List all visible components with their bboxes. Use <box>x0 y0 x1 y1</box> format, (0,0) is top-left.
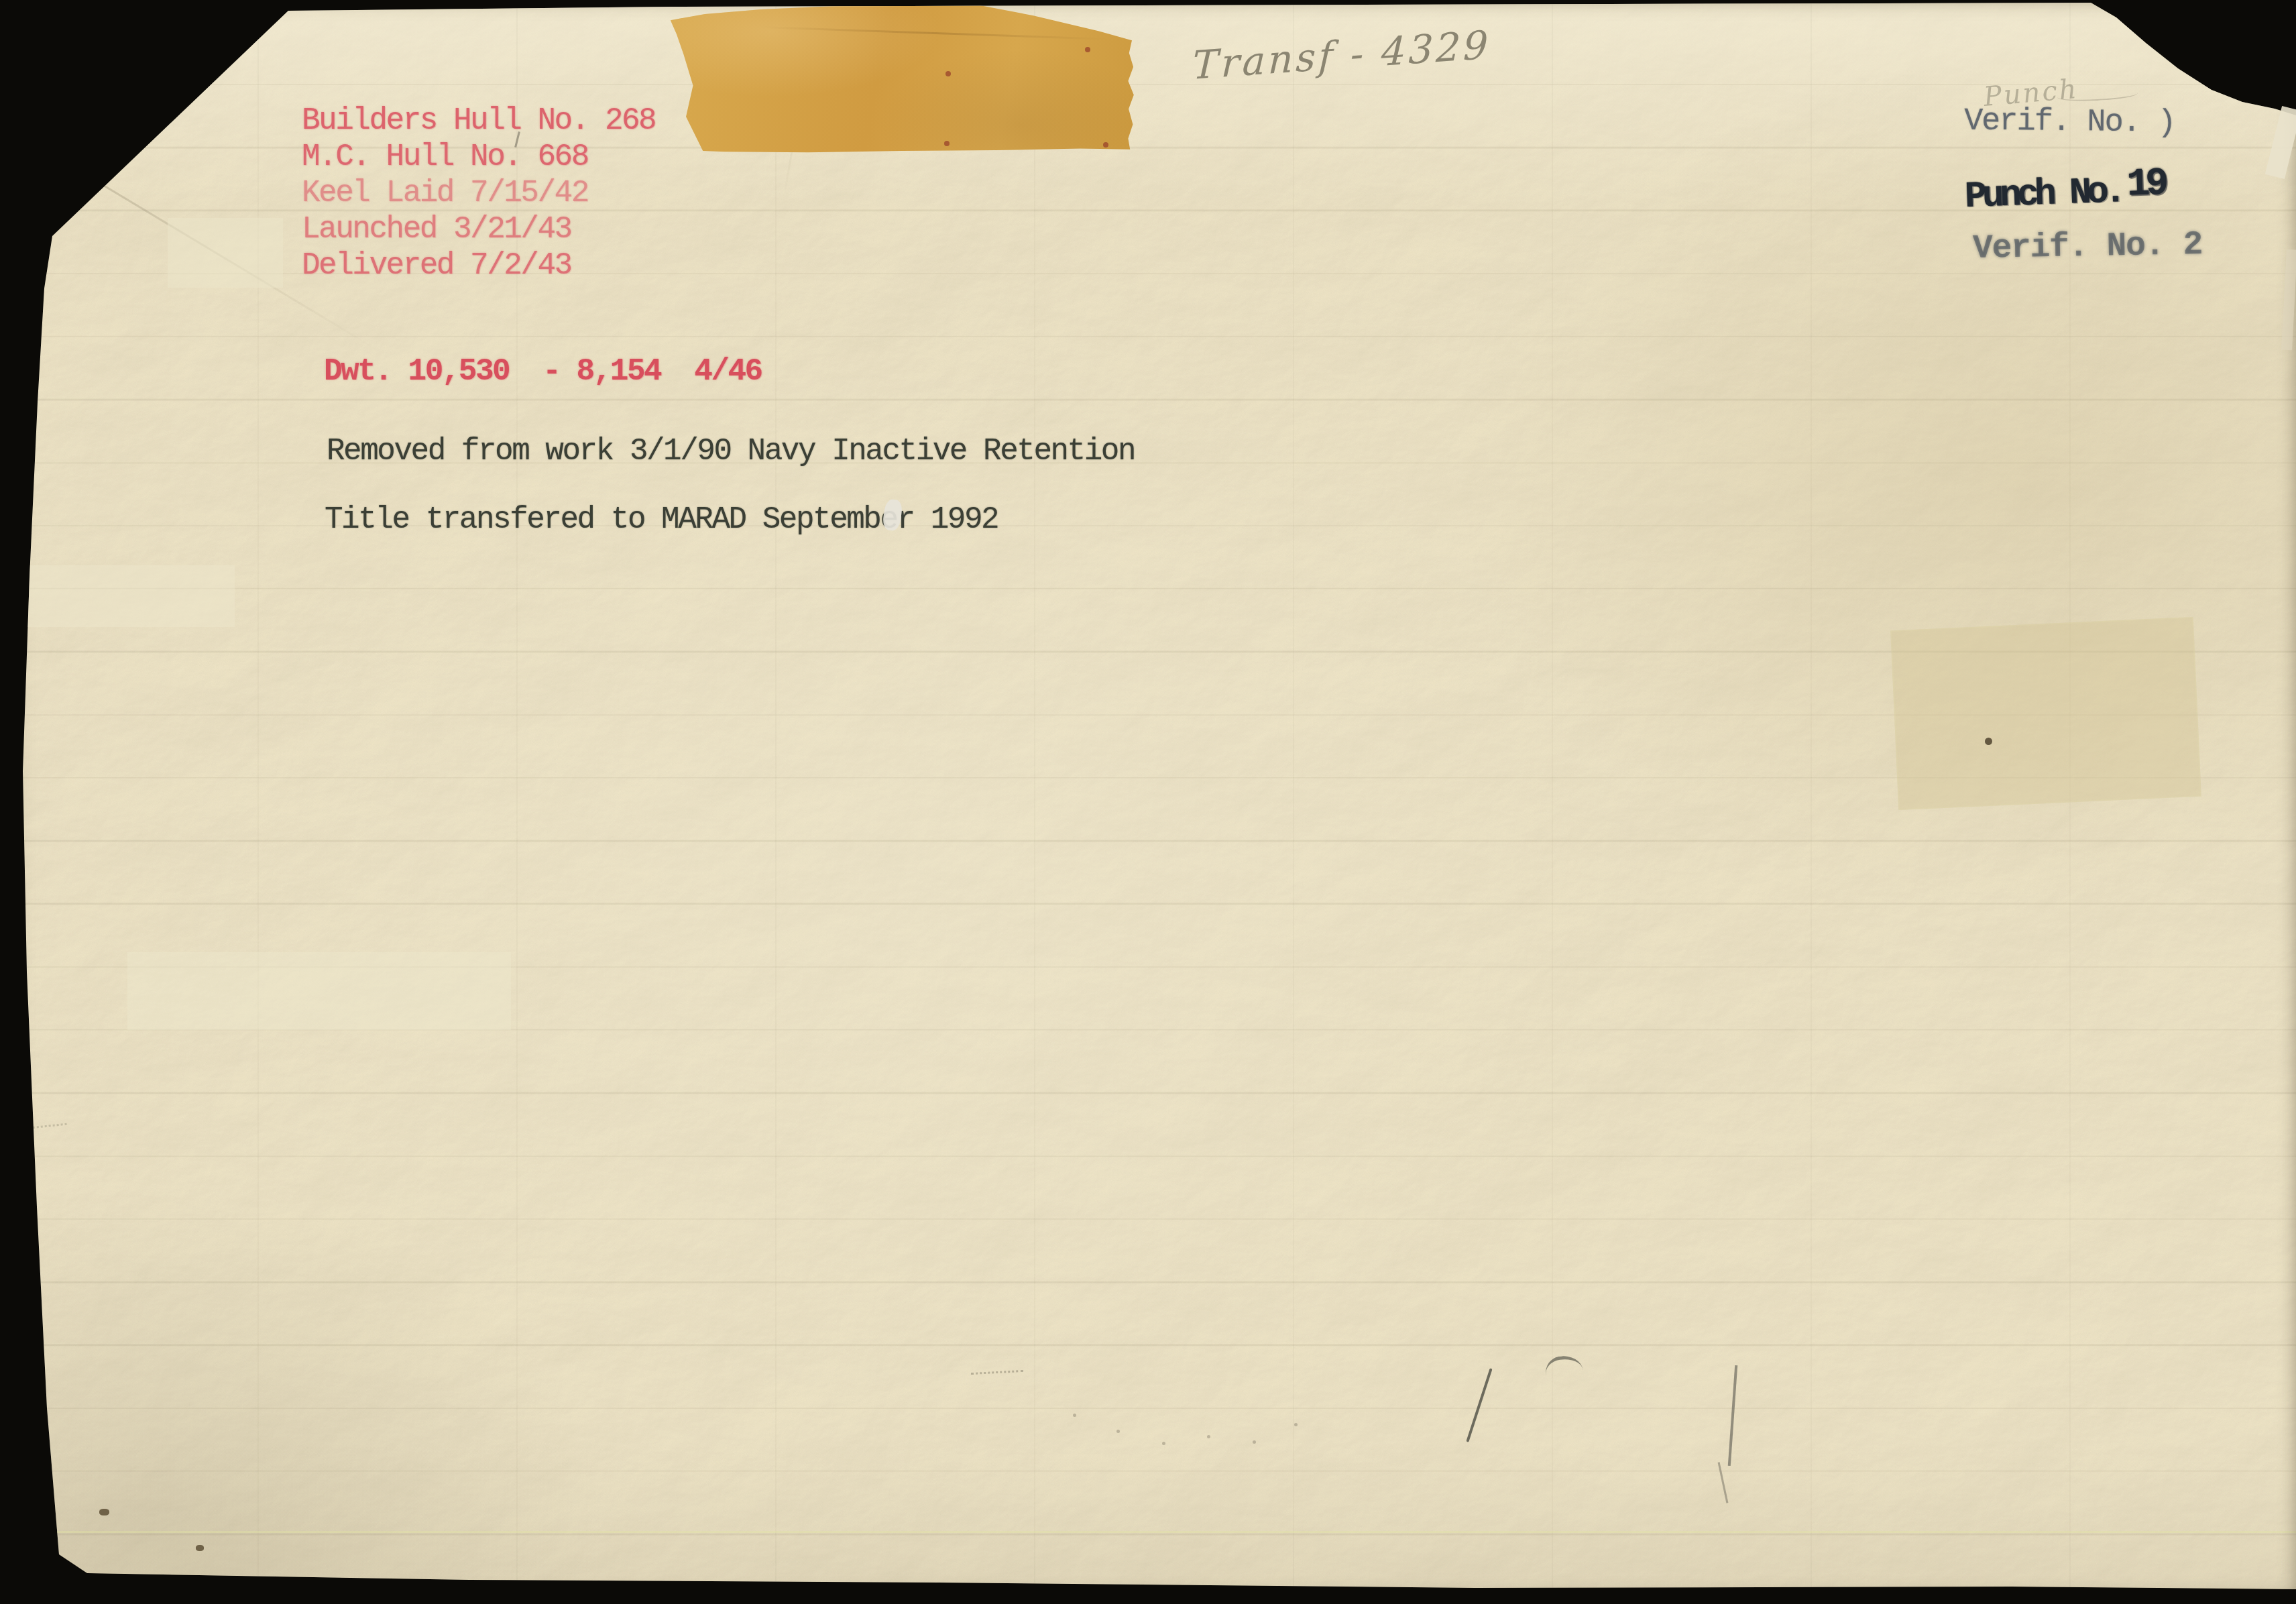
record-card-paper: Builders Hull No. 268 M.C. Hull No. 668 … <box>0 0 2296 1604</box>
paper-speck <box>40 1538 46 1543</box>
ruling-line-bright <box>0 1531 2296 1533</box>
tape-remnant <box>13 565 235 627</box>
stamp-punch-no: Punch No.19 <box>1964 168 2165 219</box>
ink-dot <box>1162 1442 1165 1445</box>
tape-remnant <box>168 218 283 288</box>
rust-dot <box>1103 142 1108 148</box>
rust-dot <box>1085 47 1090 52</box>
typed-line-delivered: Delivered 7/2/43 <box>302 247 655 284</box>
typed-line-builders-hull: Builders Hull No. 268 <box>302 103 655 139</box>
typed-line-keel-laid: Keel Laid 7/15/42 <box>302 175 655 211</box>
stamp-verif-no-1: Verif. No. ) <box>1964 104 2175 141</box>
stamp-punch-label: Punch No. <box>1964 170 2122 218</box>
ink-dot <box>1073 1414 1076 1417</box>
paper-speck <box>196 1545 204 1551</box>
paper-speck <box>99 1509 109 1515</box>
ink-speck <box>1985 738 1992 745</box>
typed-line-mc-hull: M.C. Hull No. 668 <box>302 139 655 175</box>
typed-line-deadweight: Dwt. 10,530 - 8,154 4/46 <box>324 351 762 392</box>
stamp-verif-no-2: Verif. No. 2 <box>1973 226 2203 268</box>
typed-line-removed-from-work: Removed from work 3/1/90 Navy Inactive R… <box>327 433 1135 470</box>
tape-remnant <box>127 952 511 1030</box>
ink-dot <box>1207 1435 1210 1438</box>
rust-dot <box>944 141 950 146</box>
stamp-punch-value: 19 <box>2126 162 2165 207</box>
ink-dot <box>1116 1430 1120 1433</box>
typed-ship-record-block: Builders Hull No. 268 M.C. Hull No. 668 … <box>302 103 655 284</box>
typed-line-launched: Launched 3/21/43 <box>302 211 655 247</box>
ink-dot <box>1294 1423 1298 1426</box>
ink-dot <box>1253 1440 1256 1444</box>
scanner-background: { "scan": { "typed_red": { "lines": [ "B… <box>0 0 2296 1604</box>
rust-dot <box>945 71 951 76</box>
clear-tape-patch <box>1890 617 2201 810</box>
